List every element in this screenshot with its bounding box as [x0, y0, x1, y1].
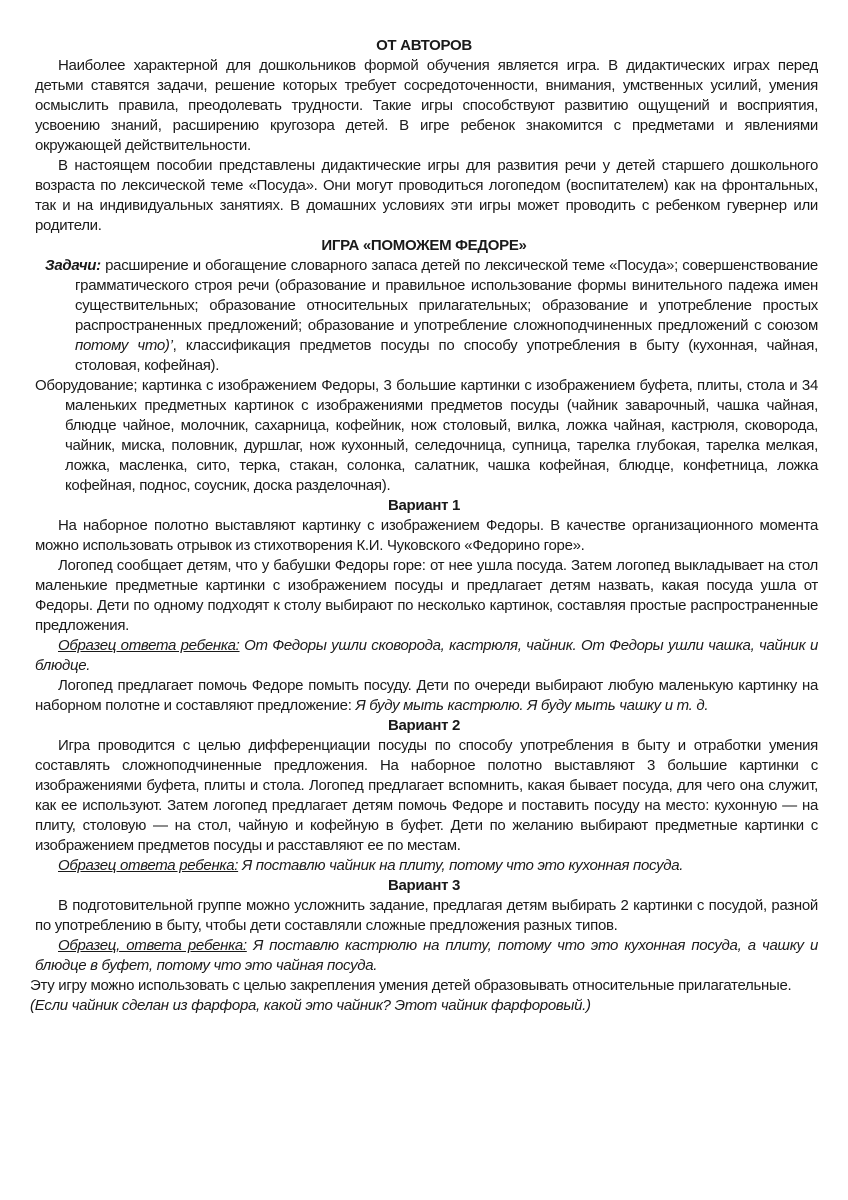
paragraph: Логопед сообщает детям, что у бабушки Фе…	[35, 556, 818, 636]
paragraph: Оборудование; картинка с изображением Фе…	[35, 376, 818, 496]
text-run: На наборное полотно выставляют картинку …	[35, 517, 818, 554]
text-run: Я поставлю чайник на плиту, потому что э…	[238, 857, 683, 874]
text-run: Игра проводится с целью дифференциации п…	[35, 737, 818, 854]
document-page: ОТ АВТОРОВНаиболее характерной для дошко…	[0, 0, 848, 1200]
paragraph: Образец ответа ребенка: От Федоры ушли с…	[35, 636, 818, 676]
paragraph: В настоящем пособии представлены дидакти…	[35, 156, 818, 236]
paragraph: (Если чайник сделан из фарфора, какой эт…	[30, 996, 818, 1016]
section-heading: Вариант 3	[30, 876, 818, 896]
text-run: Эту игру можно использовать с целью закр…	[30, 977, 791, 994]
paragraph: В подготовительной группе можно усложнит…	[35, 896, 818, 936]
text-run: Логопед сообщает детям, что у бабушки Фе…	[35, 557, 818, 634]
paragraph: Логопед предлагает помочь Федоре помыть …	[35, 676, 818, 716]
section-heading: ОТ АВТОРОВ	[30, 36, 818, 56]
text-run: расширение и обогащение словарного запас…	[75, 257, 818, 334]
text-run: Образец, ответа ребенка:	[58, 937, 247, 954]
text-run: (Если чайник сделан из фарфора, какой эт…	[30, 997, 591, 1014]
text-run: ОТ АВТОРОВ	[376, 37, 472, 54]
text-run: , классификация предметов посуды по спос…	[75, 337, 818, 374]
text-run: Вариант 3	[388, 877, 460, 894]
text-run: ИГРА «ПОМОЖЕМ ФЕДОРЕ»	[321, 237, 526, 254]
paragraph: Образец, ответа ребенка: Я поставлю каст…	[35, 936, 818, 976]
text-run: В настоящем пособии представлены дидакти…	[35, 157, 818, 234]
text-run: Вариант 2	[388, 717, 460, 734]
text-run: Образец ответа ребенка:	[58, 857, 238, 874]
paragraph: Игра проводится с целью дифференциации п…	[35, 736, 818, 856]
text-run: потому что)’	[75, 337, 173, 354]
text-run: Задачи:	[45, 257, 105, 274]
text-run: Вариант 1	[388, 497, 460, 514]
section-heading: Вариант 2	[30, 716, 818, 736]
paragraph: Наиболее характерной для дошкольников фо…	[35, 56, 818, 156]
text-run: Оборудование; картинка с изображением Фе…	[35, 377, 818, 494]
paragraph: На наборное полотно выставляют картинку …	[35, 516, 818, 556]
text-run: Образец ответа ребенка:	[58, 637, 240, 654]
section-heading: ИГРА «ПОМОЖЕМ ФЕДОРЕ»	[30, 236, 818, 256]
paragraph: Образец ответа ребенка: Я поставлю чайни…	[35, 856, 818, 876]
section-heading: Вариант 1	[30, 496, 818, 516]
text-run: Наиболее характерной для дошкольников фо…	[35, 57, 818, 154]
paragraph: Эту игру можно использовать с целью закр…	[30, 976, 818, 996]
text-run: Я буду мыть кастрюлю. Я буду мыть чашку …	[355, 697, 708, 714]
text-run: В подготовительной группе можно усложнит…	[35, 897, 818, 934]
paragraph: Задачи: расширение и обогащение словарно…	[35, 256, 818, 376]
